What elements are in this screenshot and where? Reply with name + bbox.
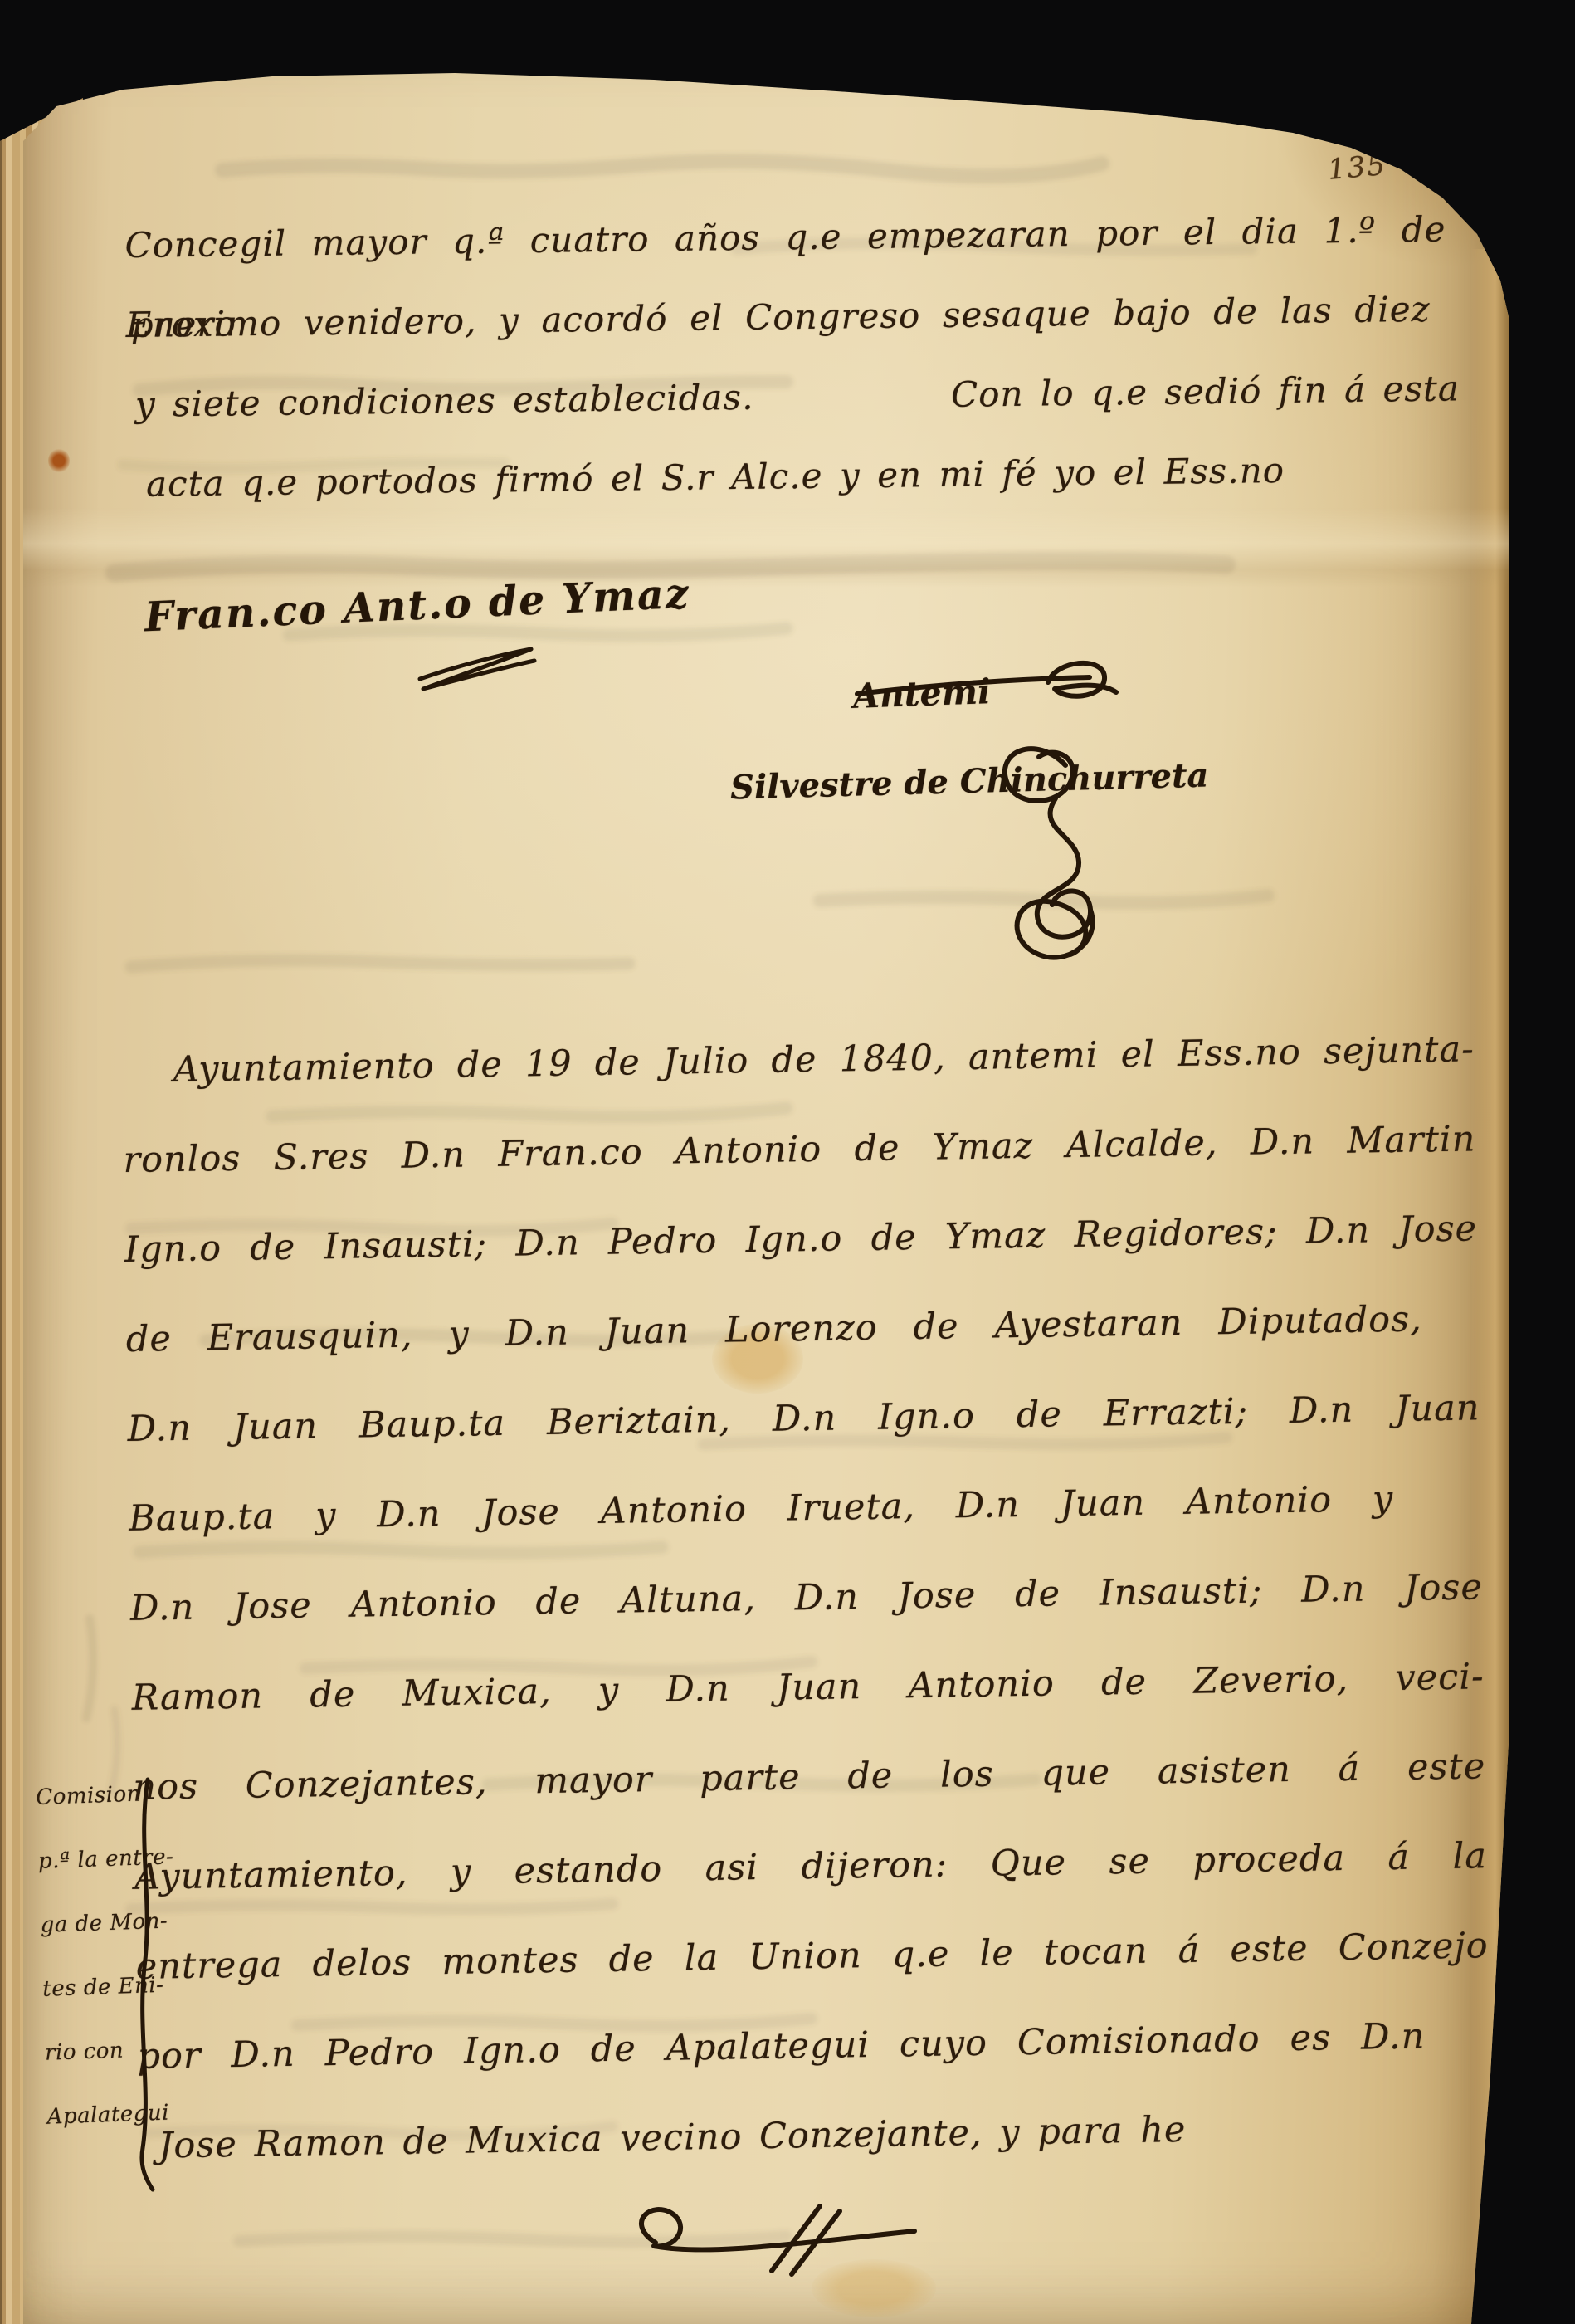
margin-note-line: Comision xyxy=(35,1761,178,1830)
margin-note-line: rio con xyxy=(44,2017,188,2086)
closing-paragraph: Concegil mayor q.ª cuatro años q.e empez… xyxy=(124,189,1456,525)
manuscript-line-part: y siete condiciones establecidas. xyxy=(134,358,754,445)
margin-note-line: Apalategui xyxy=(46,2081,189,2150)
ante-mi-label: Antemi xyxy=(852,671,991,716)
margin-note-line: tes de Eni- xyxy=(41,1953,185,2022)
manuscript-page: 135 Concegil mayor q.ª cuatro años q.e e… xyxy=(23,0,1509,2324)
manuscript-line-part: Con lo q.e sedió fin á esta xyxy=(950,349,1460,434)
signature-escribano: Silvestre de Chinchurreta xyxy=(729,755,1209,807)
alcalde-rubric-icon xyxy=(413,641,538,699)
margin-note-line: p.ª la entre- xyxy=(37,1825,181,1894)
paper-stain xyxy=(48,448,70,473)
folio-number: 135 xyxy=(1326,149,1387,187)
paper-stain xyxy=(812,2259,936,2317)
closing-flourish-icon xyxy=(606,2191,938,2282)
margin-note-line: ga de Mon- xyxy=(39,1889,183,1958)
manuscript-photo: 135 Concegil mayor q.ª cuatro años q.e e… xyxy=(0,0,1575,2324)
margin-note: Comision p.ª la entre- ga de Mon- tes de… xyxy=(35,1761,189,2150)
meeting-entry-paragraph: Ayuntamiento de 19 de Julio de 1840, ant… xyxy=(121,1004,1509,2191)
signature-alcalde: Fran.co Ant.o de Ymaz xyxy=(144,569,691,642)
manuscript-line: acta q.e portodos firmó el S.r Alc.e y e… xyxy=(146,431,1285,525)
